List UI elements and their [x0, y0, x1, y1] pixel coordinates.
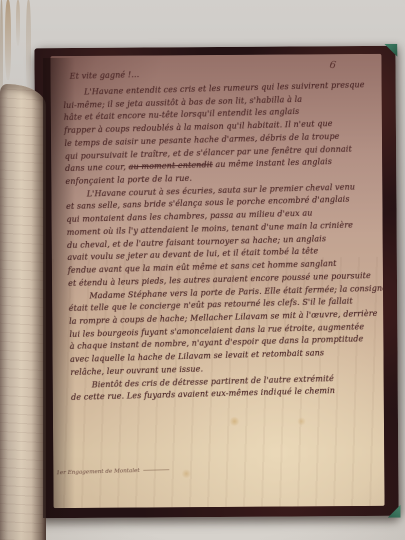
- strike-line-pre: dans une cour,: [65, 163, 129, 174]
- stacked-page-edges: [0, 84, 46, 540]
- paper-stain: [297, 417, 306, 425]
- strike-line-post: au même instant les anglais: [213, 157, 332, 169]
- book-cover: 6 Et vite gagné !... L'Havane entendit c…: [34, 46, 398, 519]
- paper-stain: [181, 469, 191, 478]
- wall-drip-stain: [5, 0, 11, 80]
- cover-corner-accent: [384, 44, 397, 57]
- manuscript-text: Et vite gagné !... L'Havane entendit ces…: [63, 62, 385, 405]
- footnote-flourish-rule: [144, 469, 170, 471]
- footnote: 1er Engagement de Montalet: [56, 467, 169, 476]
- wall-drip-stain: [16, 0, 20, 46]
- cover-corner-accent: [388, 505, 401, 518]
- footnote-text: 1er Engagement de Montalet: [56, 468, 139, 476]
- strikethrough-text: au moment entendit: [129, 160, 213, 171]
- paper-stain: [229, 417, 240, 426]
- photo-of-manuscript-book: 6 Et vite gagné !... L'Havane entendit c…: [0, 0, 405, 540]
- manuscript-page: 6 Et vite gagné !... L'Havane entendit c…: [50, 54, 384, 508]
- wall-drip-stain: [26, 0, 31, 94]
